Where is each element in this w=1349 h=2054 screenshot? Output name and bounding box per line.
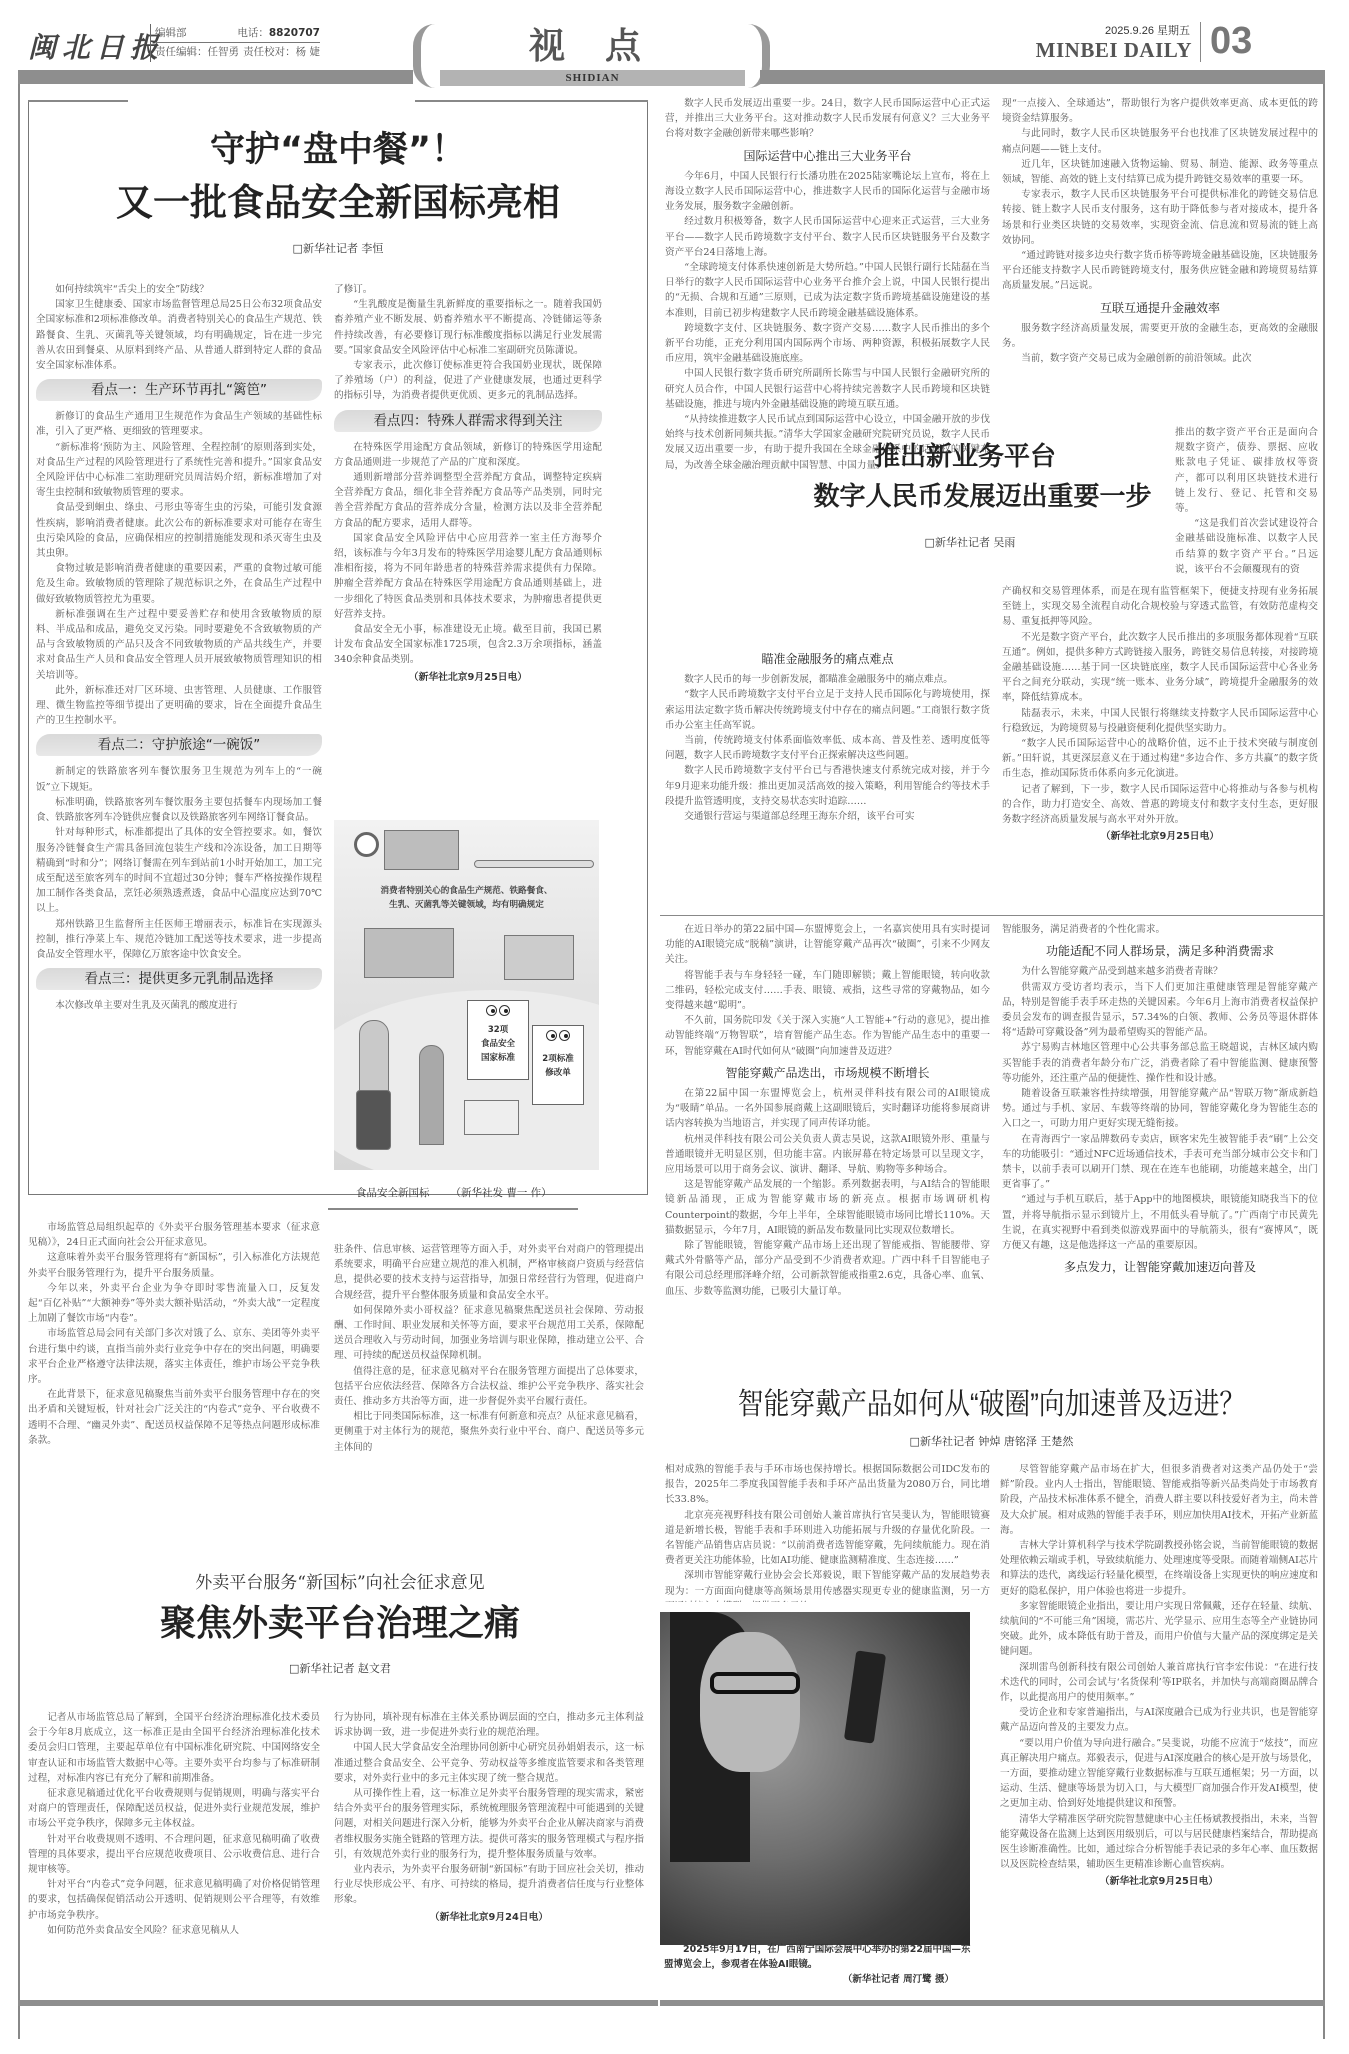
delivery-dateline: （新华社北京9月24日电）: [334, 1910, 644, 1925]
right-page-rule: [1323, 84, 1325, 2039]
frame-top-left: [28, 100, 128, 102]
ecny-column-2: 现“一点接入、全球通达”，帮助银行为客户提供效率更高、成本更低的跨境资金结算服务…: [1002, 96, 1318, 426]
photo-caption: 2025年9月17日，在广西南宁国际会展中心举办的第22届中国—东盟博览会上，参…: [664, 1942, 974, 1987]
frame-top-right: [415, 100, 648, 102]
sheet-2-amendments: 2项标准 修改单: [532, 1025, 584, 1105]
ecny-subhead-3: 互联互通提升金融效率: [1002, 301, 1318, 316]
ecny-subhead-1: 国际运营中心推出三大业务平台: [665, 149, 990, 164]
left-page-rule: [18, 84, 20, 2039]
delivery-kicker: 外卖平台服务“新国标”向社会征求意见: [20, 1568, 660, 1593]
delivery-intro-column-1: 市场监管总局组织起草的《外卖平台服务管理基本要求（征求意见稿）》，24日正式面向…: [28, 1220, 320, 1532]
ecny-headline-line1: 推出新业务平台: [760, 440, 1170, 474]
delivery-headline: 聚焦外卖平台治理之痛: [20, 1602, 660, 1646]
photo-face-shape: [700, 1632, 800, 1772]
food-headline-line1: 守护“盘中餐”！: [28, 128, 648, 172]
train-drawing: [474, 860, 594, 868]
wearable-subhead-1: 智能穿戴产品迭出，市场规模不断增长: [665, 1066, 990, 1081]
wearable-subhead-2: 功能适配不同人群场景，满足多种消费需求: [1002, 944, 1318, 959]
bottom-bar-right: [660, 2000, 1325, 2006]
phone-info: 电话：8820707: [237, 24, 320, 42]
newspaper-logo: 闽北日报: [28, 26, 164, 66]
wearable-column-2: 智能服务，满足消费者的个性化需求。 功能适配不同人群场景，满足多种消费需求 为什…: [1002, 922, 1318, 1342]
ai-glasses-photo: [660, 1612, 970, 1945]
highlight-1-heading: 看点一：生产环节再扎“篱笆”: [36, 379, 322, 401]
truck-drawing: [364, 928, 454, 978]
wearable-dateline: （新华社北京9月25日电）: [1000, 1874, 1318, 1889]
food-safety-illustration: 消费者特别关心的食品生产规范、铁路餐食、 生乳、灭菌乳等关键领域，均有明确规定 …: [334, 820, 599, 1170]
bottom-bar-left: [18, 2000, 658, 2006]
proofreader-info: 责任校对：杨 婕: [243, 43, 320, 62]
highlight-4-heading: 看点四：特殊人群需求得到关注: [334, 410, 602, 432]
magnifier-icon: [354, 832, 379, 857]
suitcase-drawing: [356, 1090, 391, 1150]
food-dateline: （新华社北京9月25日电）: [334, 670, 602, 685]
header-bar-right: [760, 70, 1325, 84]
ecny-dateline: （新华社北京9月25日电）: [1002, 829, 1318, 844]
delivery-column-2: 行为协同，填补现有标准在主体关系协调层面的空白，推动多元主体利益诉求协调一致，进…: [334, 1710, 644, 2038]
delivery-byline: □新华社记者 赵文君: [20, 1660, 660, 1676]
ecny-bottom-rule: [660, 915, 1323, 916]
milk-powder-drawing: [504, 935, 574, 980]
header-bar-left: [18, 70, 413, 84]
wearable-byline: □新华社记者 钟焯 唐铭泽 王楚然: [660, 1433, 1323, 1449]
photo-phone-shape: [844, 1650, 886, 1743]
photo-glasses-shape: [710, 1672, 800, 1694]
dept-label: 编辑部: [155, 24, 187, 42]
masthead: 闽北日报 编辑部 电话：8820707 责任编辑：任智勇 责任校对：杨 婕 视点…: [0, 0, 1349, 90]
issue-date: 2025.9.26 星期五: [1010, 22, 1190, 38]
editor-info: 责任编辑：任智勇: [155, 43, 239, 62]
wearable-column-3: 尽管智能穿戴产品市场在扩大，但很多消费者对这类产品仍处于“尝鲜”阶段。业内人士指…: [1000, 1462, 1318, 2002]
ecny-column-1-continued: 瞄准金融服务的痛点难点 数字人民币的每一步创新发展，都瞄准金融服务中的痛点难点。…: [665, 645, 990, 915]
ecny-column-2-continued: 产确权和交易管理体系，而是在现有监管框架下，便捷支持现有业务拓展至链上，实现交易…: [1002, 584, 1318, 909]
page-divider: [1200, 22, 1201, 62]
wearable-headline: 智能穿戴产品如何从“破圈”向加速普及迈进？: [706, 1385, 1276, 1425]
sheet-32-standards: 32项 食品安全 国家标准: [467, 1000, 529, 1080]
bracket-left-decoration: [413, 24, 435, 88]
paper-english-name: MINBEI DAILY: [1000, 38, 1192, 63]
highlight-2-heading: 看点二：守护旅途“一碗饭”: [36, 734, 322, 756]
food-headline-line2: 又一批食品安全新国标亮相: [28, 180, 648, 226]
shopping-cart-drawing: [464, 1100, 519, 1135]
editorial-info: 编辑部 电话：8820707 责任编辑：任智勇 责任校对：杨 婕: [150, 24, 320, 62]
food-byline: □新华社记者 李恒: [28, 240, 648, 256]
food-column-2: 了修订。 “生乳酸度是衡量生乳新鲜度的重要指标之一。随着我国奶畜养殖产业不断发展…: [334, 282, 602, 802]
section-pinyin: SHIDIAN: [440, 70, 745, 86]
ecny-headline-line2: 数字人民币发展迈出重要一步: [790, 480, 1175, 514]
ecny-byline: □新华社记者 吴雨: [870, 534, 1070, 550]
food-column-1: 如何持续筑牢“舌尖上的安全”防线？ 国家卫生健康委、国家市场监督管理总局25日公…: [36, 282, 322, 1182]
sheet-eyes-icon: [485, 1005, 511, 1017]
illustration-inner-caption: 消费者特别关心的食品生产规范、铁路餐食、 生乳、灭菌乳等关键领域，均有明确规定: [334, 884, 599, 912]
ecny-column-1: 数字人民币发展迈出重要一步。24日，数字人民币国际运营中心正式运营，并推出三大业…: [665, 96, 990, 642]
ecny-subhead-2: 瞄准金融服务的痛点难点: [665, 652, 990, 667]
woman-figure-drawing: [419, 1045, 444, 1145]
food-package-drawing: [384, 830, 459, 870]
delivery-column-1: 记者从市场监管总局了解到，全国平台经济治理标准化技术委员会于今年8月底成立，这一…: [28, 1710, 320, 2038]
wearable-column-1-continued: 相对成熟的智能手表与手环市场也保持增长。根据国际数据公司IDC发布的报告，202…: [665, 1462, 990, 1602]
highlight-3-heading: 看点三：提供更多元乳制品选择: [36, 968, 322, 990]
ecny-column-2-narrow: 推出的数字资产平台正是面向合规数字资产，债券、票据、应收账款电子凭证、碳排放权等…: [1175, 425, 1318, 587]
illustration-caption: 食品安全新国标 （新华社发 曹一 作）: [356, 1185, 552, 1200]
wearable-column-1: 在近日举办的第22届中国—东盟博览会上，一名嘉宾使用具有实时提词功能的AI眼镜完…: [665, 922, 990, 1370]
delivery-intro-column-2: 驻条件、信息审核、运营管理等方面入手，对外卖平台对商户的管理提出系统要求，明确平…: [334, 1242, 644, 1532]
illustration-bottom-rule: [328, 1208, 578, 1210]
sheet-eyes-icon: [545, 1030, 571, 1042]
wearable-subhead-3: 多点发力，让智能穿戴加速迈向普及: [1002, 1260, 1318, 1275]
page-number: 03: [1210, 20, 1252, 63]
section-title: 视点: [440, 18, 740, 69]
